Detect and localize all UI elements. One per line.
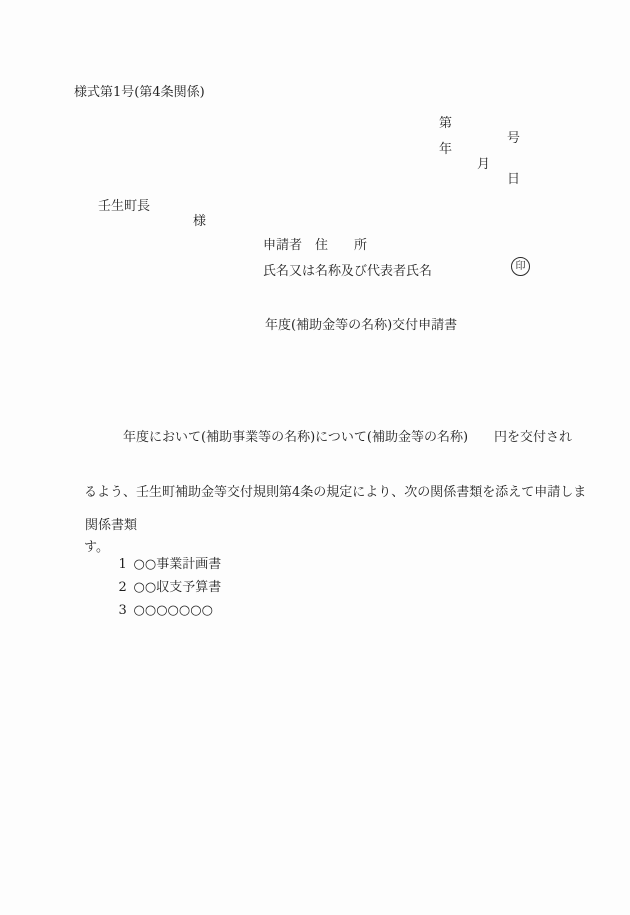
attachment-item: 2○○収支予算書 <box>102 565 221 580</box>
document-title: 年度(補助金等の名称)交付申請書 <box>265 318 457 333</box>
applicant-address-line: 申請者 住 所 <box>263 238 367 253</box>
date-day-label: 日 <box>507 172 520 187</box>
attachments-heading: 関係書類 <box>85 518 137 533</box>
date-month-label: 月 <box>477 157 490 172</box>
document-page: 様式第1号(第4条関係) 第 号 年 月 日 壬生町長 様 申請者 住 所 氏名… <box>0 0 630 915</box>
attachment-item: 1○○事業計画書 <box>102 542 221 557</box>
document-number-line: 第 号 <box>439 101 539 116</box>
date-year-label: 年 <box>439 142 452 157</box>
form-number-label: 様式第1号(第4条関係) <box>74 85 205 100</box>
body-line-1: 年度において(補助事業等の名称)について(補助金等の名称) 円を交付され <box>84 425 586 450</box>
addressee-name: 壬生町長 <box>98 199 150 214</box>
seal-mark-icon: 印 <box>511 257 530 276</box>
attachment-item-number: 3 <box>119 603 134 618</box>
date-line: 年 月 日 <box>439 127 539 142</box>
addressee-line: 壬生町長 様 <box>98 184 298 199</box>
attachment-item-text: ○○○○○○○ <box>134 603 213 618</box>
applicant-name-line: 氏名又は名称及び代表者氏名 <box>263 264 432 279</box>
attachment-item: 3○○○○○○○ <box>102 588 213 603</box>
body-line-2: るよう、壬生町補助金等交付規則第4条の規定により、次の関係書類を添えて申請しま <box>84 480 586 505</box>
addressee-honorific: 様 <box>193 214 206 229</box>
